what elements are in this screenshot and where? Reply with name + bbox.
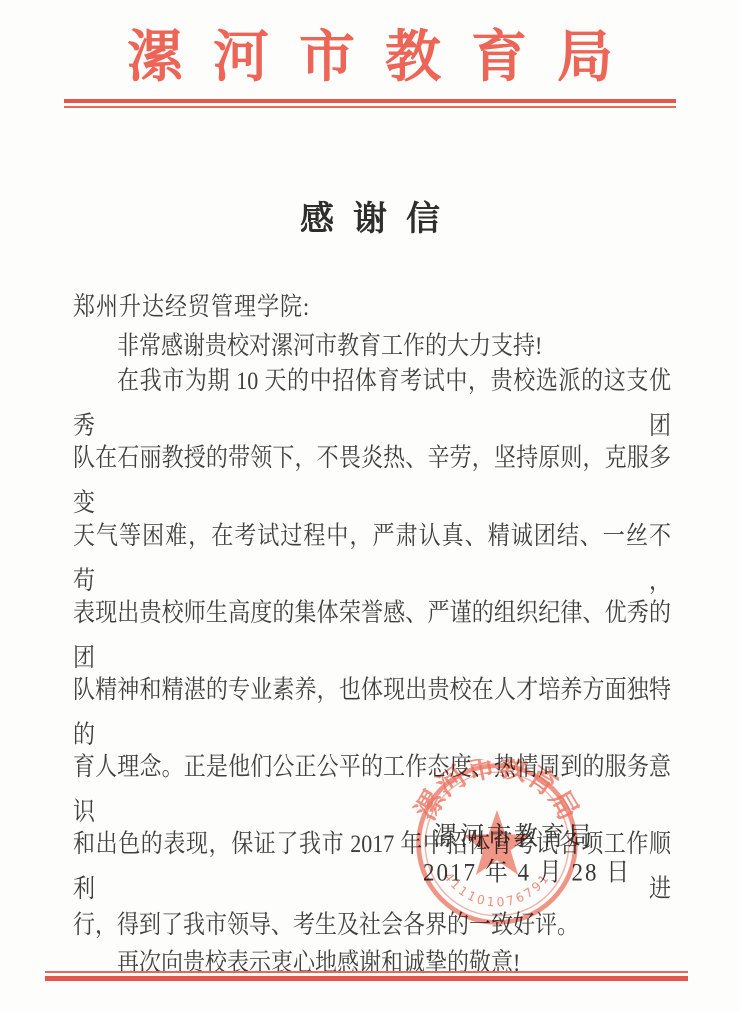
scanned-letter-page: 漯河市教育局 感谢信 郑州升达经贸管理学院: 非常感谢贵校对漯河市教育工作的大力… <box>0 0 740 1011</box>
letterhead: 漯河市教育局 <box>0 26 740 90</box>
letterhead-rule-thin <box>64 106 676 108</box>
official-seal-svg: 漯河市教育局 411101076791 <box>412 759 582 929</box>
body-line: 天气等困难，在考试过程中，严肃认真、精诚团结、一丝不苟， <box>73 513 671 603</box>
star-icon <box>463 810 531 875</box>
body-line: 表现出贵校师生高度的集体荣誉感、严谨的组织纪律、优秀的团 <box>73 591 671 681</box>
body-line: 队在石丽教授的带领下，不畏炎热、辛劳，坚持原则，克服多变 <box>73 436 671 526</box>
official-seal: 漯河市教育局 411101076791 <box>412 759 582 929</box>
letterhead-org-name: 漯河市教育局 <box>0 26 740 90</box>
footer-rule-thick <box>45 976 688 981</box>
letterhead-rule <box>64 99 676 108</box>
footer-rule <box>45 971 688 981</box>
letter-title: 感谢信 <box>0 191 740 240</box>
